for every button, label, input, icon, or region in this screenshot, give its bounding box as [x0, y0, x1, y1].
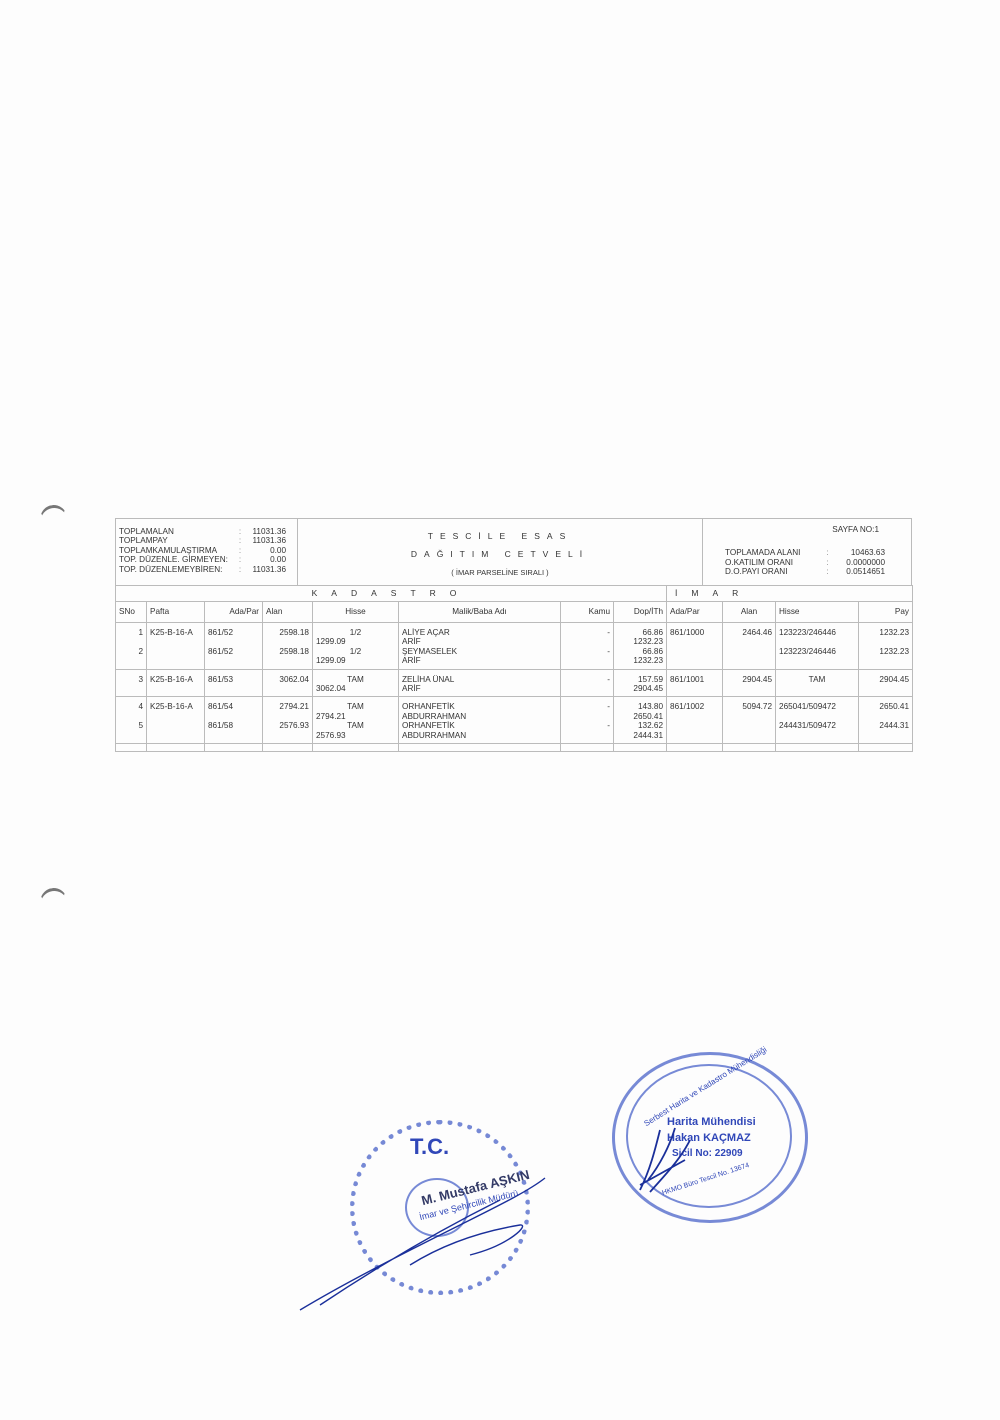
colon: :	[234, 565, 246, 574]
left-row: TOPLAMALAN:11031.36	[119, 527, 297, 536]
left-row: TOP. DÜZENLEMEYBİREN::11031.36	[119, 565, 297, 574]
left-row: TOP. DÜZENLE. GİRMEYEN::0.00	[119, 555, 297, 564]
ratio-block: SAYFA NO:1 TOPLAMADA ALANI:10463.63O.KAT…	[703, 519, 911, 585]
colon: :	[820, 548, 835, 557]
cell-imar-ada-par: 861/1001	[667, 669, 723, 697]
cell-ada-par: 861/54861/58	[205, 697, 263, 744]
colon: :	[234, 536, 246, 545]
punch-hole-top	[38, 503, 70, 537]
column-header: Pay	[859, 602, 913, 623]
left-label: TOP. DÜZENLE. GİRMEYEN:	[119, 555, 234, 564]
punch-hole-bottom	[38, 886, 70, 920]
column-header: Dop/İTh	[614, 602, 667, 623]
cell-ada-par: 861/52861/52	[205, 623, 263, 670]
document-header: TOPLAMALAN:11031.36TOPLAMPAY:11031.36TOP…	[115, 518, 912, 585]
colon: :	[234, 555, 246, 564]
cell-hisse: TAM2794.21TAM2576.93	[313, 697, 399, 744]
column-header: Hisse	[776, 602, 859, 623]
cell-alan: 2794.212576.93	[263, 697, 313, 744]
cell-pafta: K25-B-16-A	[147, 669, 205, 697]
signature-right	[630, 1120, 700, 1200]
title-line-2: DAĞITIM CETVELİ	[298, 545, 702, 563]
left-value: 0.00	[246, 546, 286, 555]
cell-imar-hisse: 123223/246446123223/246446	[776, 623, 859, 670]
column-header: SNo	[116, 602, 147, 623]
right-label: O.KATILIM ORANI	[725, 558, 820, 567]
cell-imar-hisse: TAM	[776, 669, 859, 697]
table-row-group: 45K25-B-16-A861/54861/582794.212576.93TA…	[116, 697, 913, 744]
cell-pay: 2904.45	[859, 669, 913, 697]
cell-imar-ada-par: 861/1002	[667, 697, 723, 744]
right-row: D.O.PAYI ORANI:0.0514651	[725, 567, 905, 576]
cell-hisse: 1/21299.091/21299.09	[313, 623, 399, 670]
right-row: TOPLAMADA ALANI:10463.63	[725, 548, 905, 557]
colon: :	[234, 546, 246, 555]
distribution-table-document: TOPLAMALAN:11031.36TOPLAMPAY:11031.36TOP…	[115, 518, 912, 752]
stamp-tc: T.C.	[410, 1134, 449, 1160]
section-imar: İMAR	[667, 586, 913, 602]
cell-imar-alan: 5094.72	[723, 697, 776, 744]
cell-imar-alan: 2464.46	[723, 623, 776, 670]
cell-kamu: --	[561, 697, 614, 744]
cell-imar-alan: 2904.45	[723, 669, 776, 697]
left-label: TOP. DÜZENLEMEYBİREN:	[119, 565, 234, 574]
column-header: Hisse	[313, 602, 399, 623]
totals-block: TOPLAMALAN:11031.36TOPLAMPAY:11031.36TOP…	[116, 519, 298, 585]
left-row: TOPLAMKAMULAŞTIRMA:0.00	[119, 546, 297, 555]
cell-sno: 3	[116, 669, 147, 697]
cell-dop-ith: 66.861232.2366.861232.23	[614, 623, 667, 670]
cell-owner: ZELİHA ÜNALARİF	[399, 669, 561, 697]
right-row: O.KATILIM ORANI:0.0000000	[725, 558, 905, 567]
distribution-table: KADASTRO İMAR SNoPaftaAda/ParAlanHisseMa…	[115, 585, 913, 752]
column-header: Alan	[723, 602, 776, 623]
page-number: SAYFA NO:1	[725, 525, 905, 534]
left-label: TOPLAMKAMULAŞTIRMA	[119, 546, 234, 555]
cell-kamu: --	[561, 623, 614, 670]
cell-kamu: -	[561, 669, 614, 697]
cell-alan: 3062.04	[263, 669, 313, 697]
colon: :	[820, 558, 835, 567]
right-value: 0.0514651	[835, 567, 885, 576]
left-row: TOPLAMPAY:11031.36	[119, 536, 297, 545]
left-value: 11031.36	[246, 536, 286, 545]
right-label: TOPLAMADA ALANI	[725, 548, 820, 557]
cell-pay: 1232.231232.23	[859, 623, 913, 670]
cell-imar-hisse: 265041/509472244431/509472	[776, 697, 859, 744]
section-kadastro: KADASTRO	[116, 586, 667, 602]
column-header: Pafta	[147, 602, 205, 623]
column-header: Kamu	[561, 602, 614, 623]
right-value: 0.0000000	[835, 558, 885, 567]
cell-pafta: K25-B-16-A	[147, 697, 205, 744]
title-line-3: ( İMAR PARSELİNE SIRALI )	[298, 568, 702, 577]
cell-owner: ORHANFETİKABDURRAHMANORHANFETİKABDURRAHM…	[399, 697, 561, 744]
left-label: TOPLAMALAN	[119, 527, 234, 536]
title-line-1: TESCİLE ESAS	[298, 527, 702, 545]
right-value: 10463.63	[835, 548, 885, 557]
cell-pay: 2650.412444.31	[859, 697, 913, 744]
colon: :	[234, 527, 246, 536]
right-label: D.O.PAYI ORANI	[725, 567, 820, 576]
column-header: Ada/Par	[667, 602, 723, 623]
column-header: Malik/Baba Adı	[399, 602, 561, 623]
column-header: Ada/Par	[205, 602, 263, 623]
cell-dop-ith: 143.802650.41132.622444.31	[614, 697, 667, 744]
cell-imar-ada-par: 861/1000	[667, 623, 723, 670]
empty-row	[116, 743, 913, 751]
left-value: 11031.36	[246, 565, 286, 574]
table-row-group: 3K25-B-16-A861/533062.04TAM3062.04ZELİHA…	[116, 669, 913, 697]
cell-sno: 12	[116, 623, 147, 670]
left-value: 11031.36	[246, 527, 286, 536]
cell-hisse: TAM3062.04	[313, 669, 399, 697]
cell-dop-ith: 157.592904.45	[614, 669, 667, 697]
cell-ada-par: 861/53	[205, 669, 263, 697]
column-header: Alan	[263, 602, 313, 623]
left-value: 0.00	[246, 555, 286, 564]
left-label: TOPLAMPAY	[119, 536, 234, 545]
cell-pafta: K25-B-16-A	[147, 623, 205, 670]
signature-left	[290, 1170, 550, 1320]
colon: :	[820, 567, 835, 576]
cell-owner: ALİYE AÇARARİFŞEYMASELEKARİF	[399, 623, 561, 670]
cell-sno: 45	[116, 697, 147, 744]
cell-alan: 2598.182598.18	[263, 623, 313, 670]
table-row-group: 12K25-B-16-A861/52861/522598.182598.181/…	[116, 623, 913, 670]
document-title: TESCİLE ESAS DAĞITIM CETVELİ ( İMAR PARS…	[298, 519, 703, 585]
